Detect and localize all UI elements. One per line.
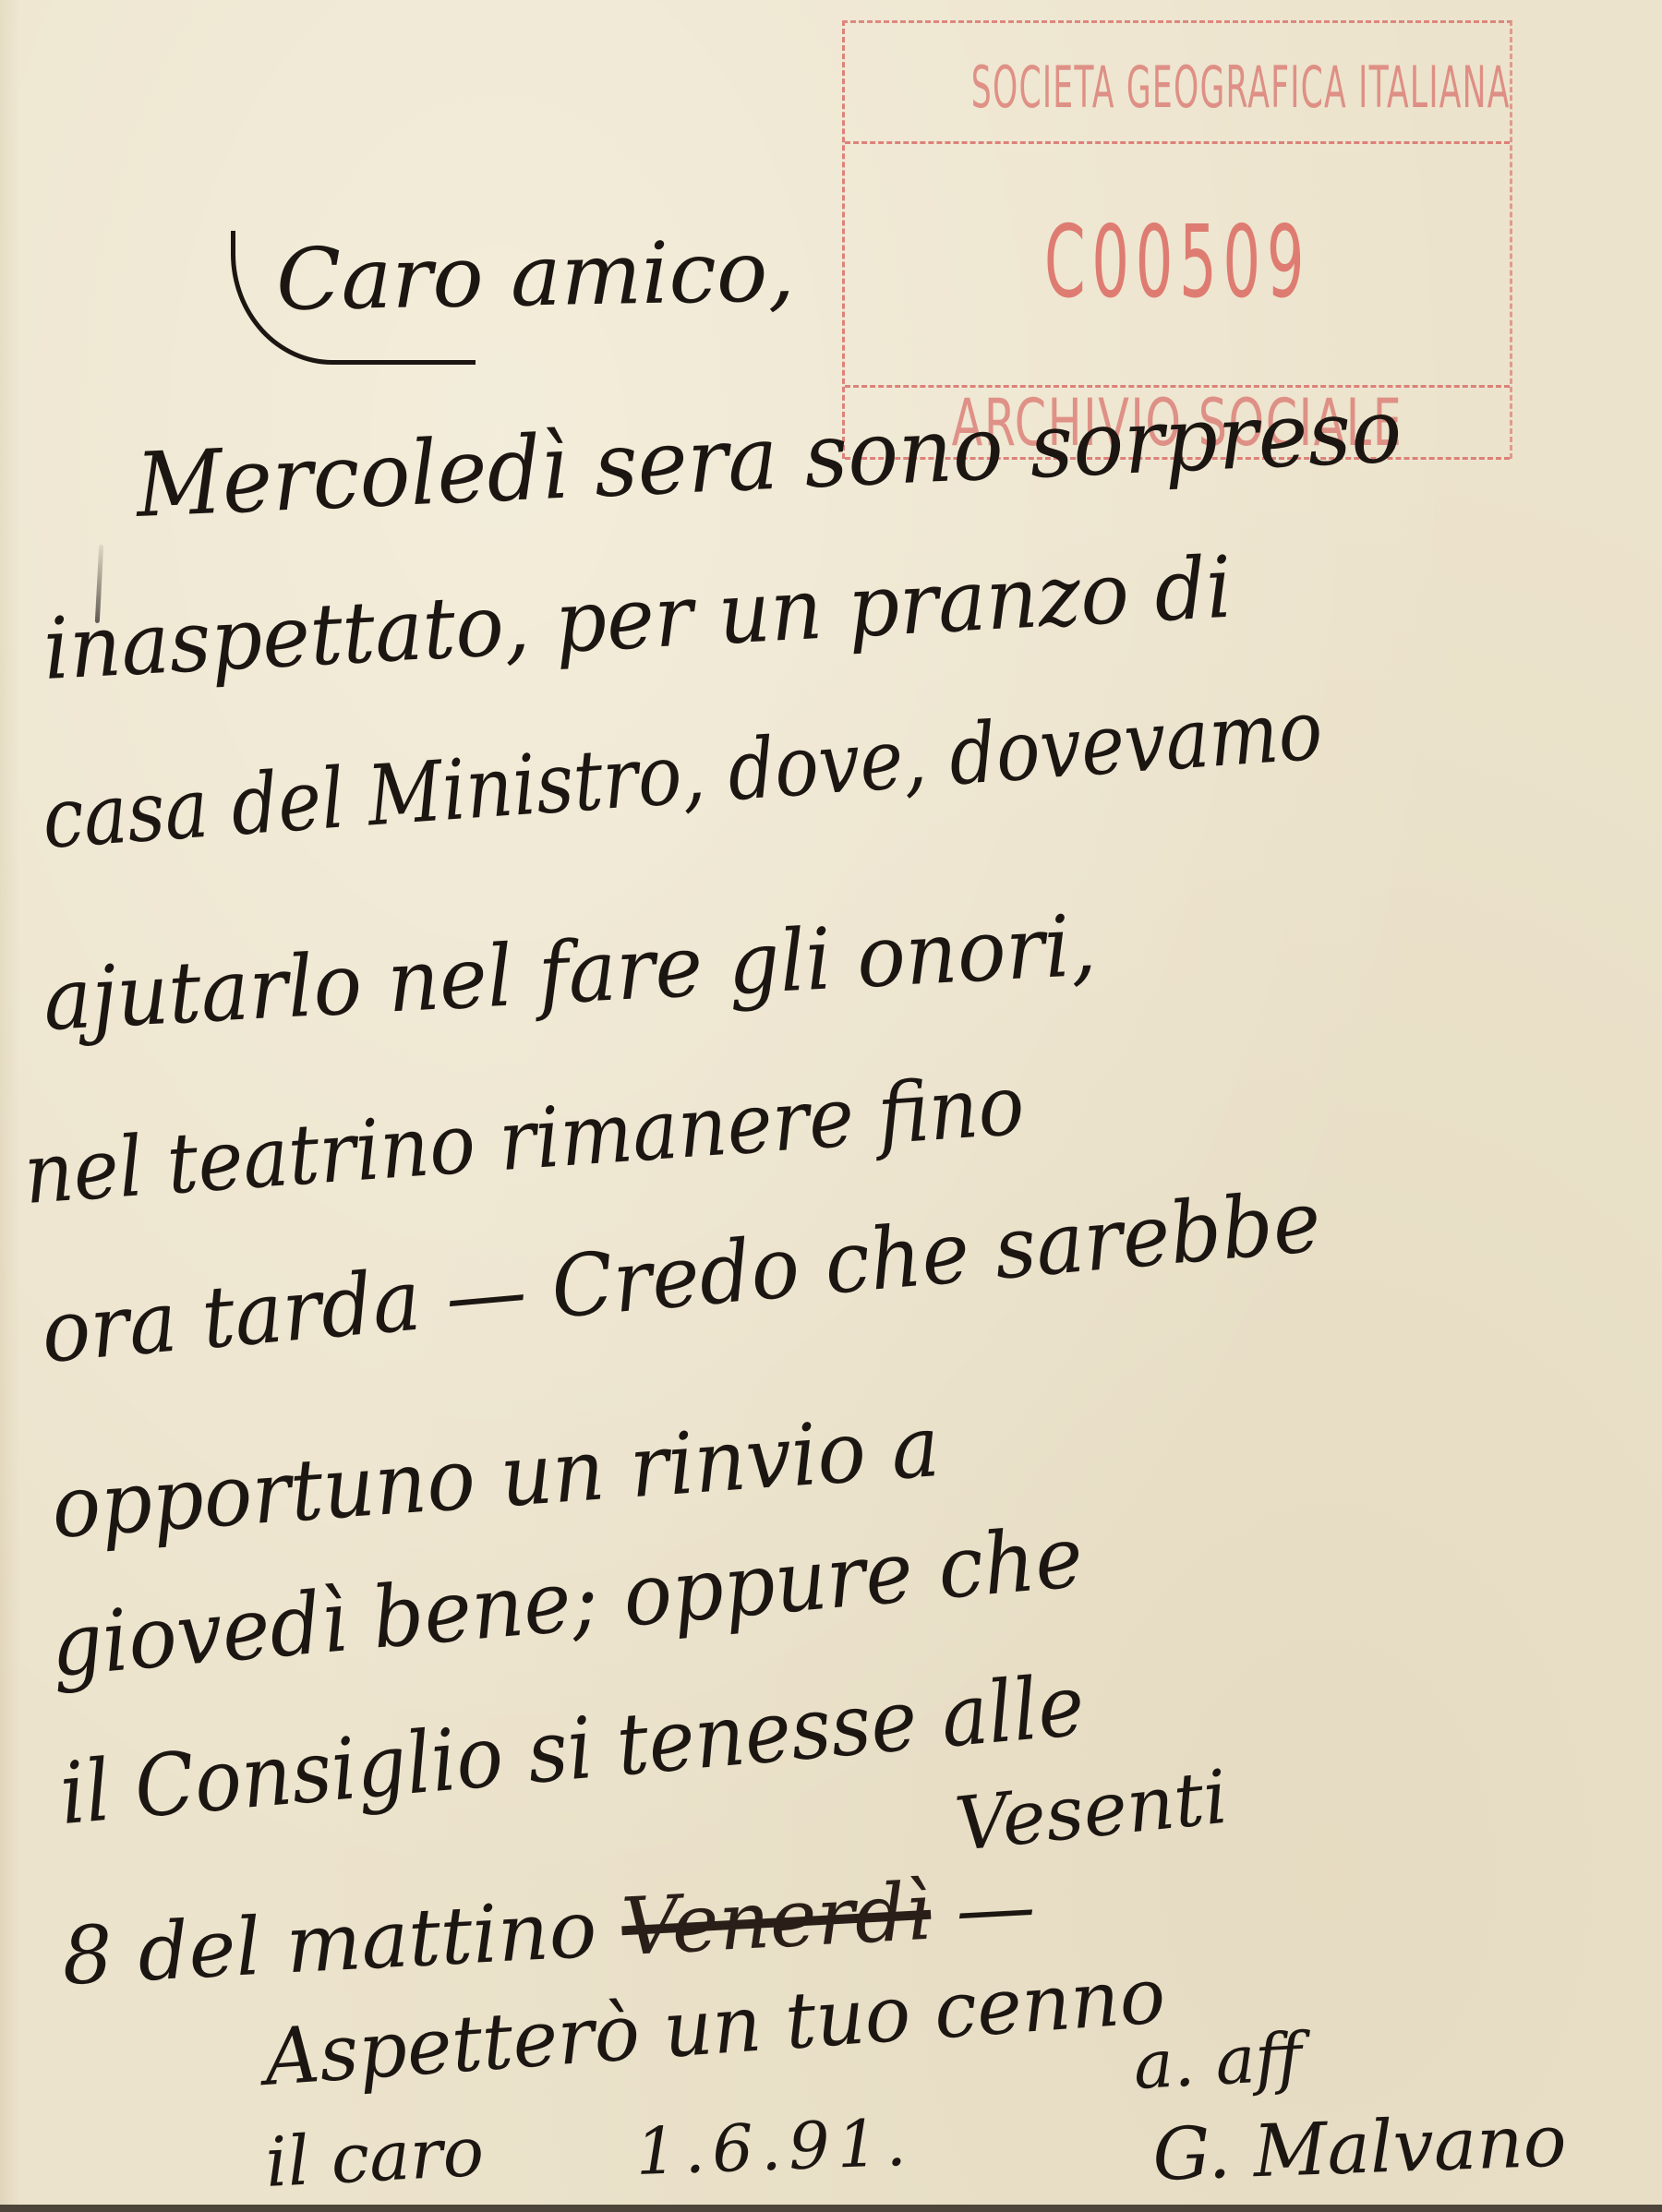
stamp-divider-top — [845, 141, 1510, 144]
salutation: Caro amico, — [275, 222, 795, 330]
closing-line-2: il caro — [263, 2112, 486, 2203]
letter-date: 1.6.91. — [634, 2105, 915, 2190]
stamp-archive-number: C00509 — [957, 198, 1396, 328]
valediction: a. aff — [1132, 2018, 1305, 2104]
stamp-society-name: SOCIETA GEOGRAFICA ITALIANA — [971, 42, 1383, 134]
line-10-dash: — — [954, 1860, 1038, 1956]
signature: G. Malvano — [1151, 2099, 1568, 2197]
scan-bottom-edge — [0, 2205, 1662, 2212]
struck-word: Venerdì — [620, 1866, 933, 1974]
